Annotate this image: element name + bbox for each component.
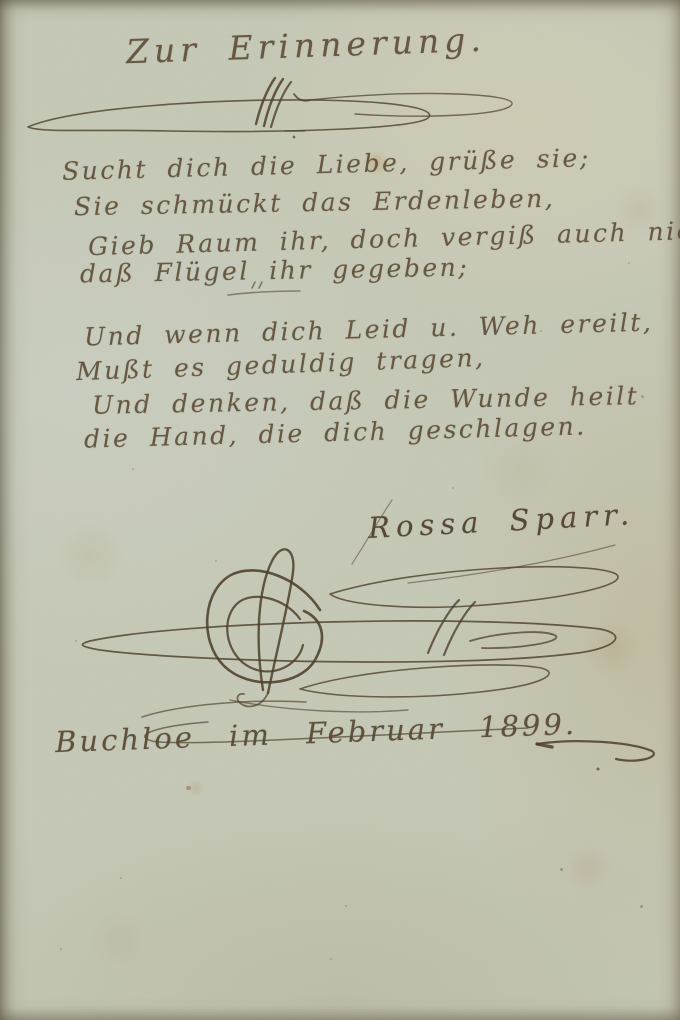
foxing-speck [60, 948, 62, 950]
foxing-speck [641, 395, 644, 398]
title: Zur Erinnerung. [125, 20, 486, 72]
scanned-document-photo: { "page": { "kind": "handwritten album l… [0, 0, 680, 1020]
foxing-speck [120, 877, 122, 879]
dateline: Buchloe im Februar 1899. [55, 707, 578, 759]
foxing-speck [75, 640, 77, 642]
foxing-speck [132, 468, 134, 470]
poem-line-5: Und wenn dich Leid u. Weh ereilt, [84, 308, 654, 352]
foxing-speck [215, 560, 217, 562]
poem-line-1: Sucht dich die Liebe, grüße sie; [62, 143, 591, 186]
poem-line-2: Sie schmückt das Erdenleben, [74, 184, 556, 221]
foxing-speck [345, 905, 347, 907]
foxing-speck [186, 786, 191, 790]
manuscript-page: Zur Erinnerung. Sucht dich die Liebe, gr… [0, 0, 680, 1020]
poem-line-4: daß Flügel ihr gegeben; [80, 253, 470, 289]
foxing-speck [628, 262, 630, 264]
foxing-speck [330, 958, 332, 960]
foxing-speck [452, 487, 454, 489]
foxing-speck [560, 868, 563, 871]
signature-name: Rossa Sparr. [367, 497, 635, 545]
title-flourish [28, 78, 512, 138]
foxing-speck [640, 905, 643, 908]
